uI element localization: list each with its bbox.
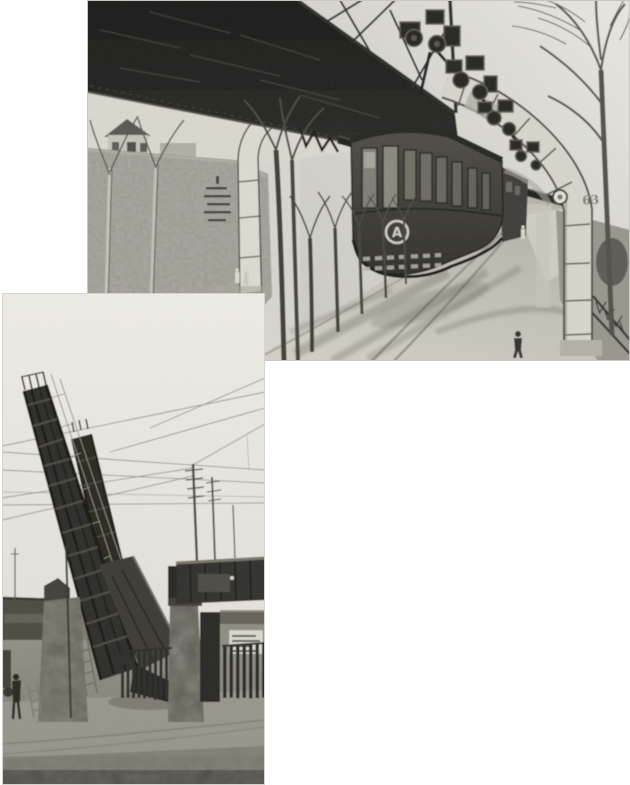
scanned-page: A (0, 0, 630, 785)
bascule-photo (2, 293, 265, 785)
bascule-grain (2, 293, 265, 785)
scanned-photos-canvas: A (0, 0, 630, 785)
